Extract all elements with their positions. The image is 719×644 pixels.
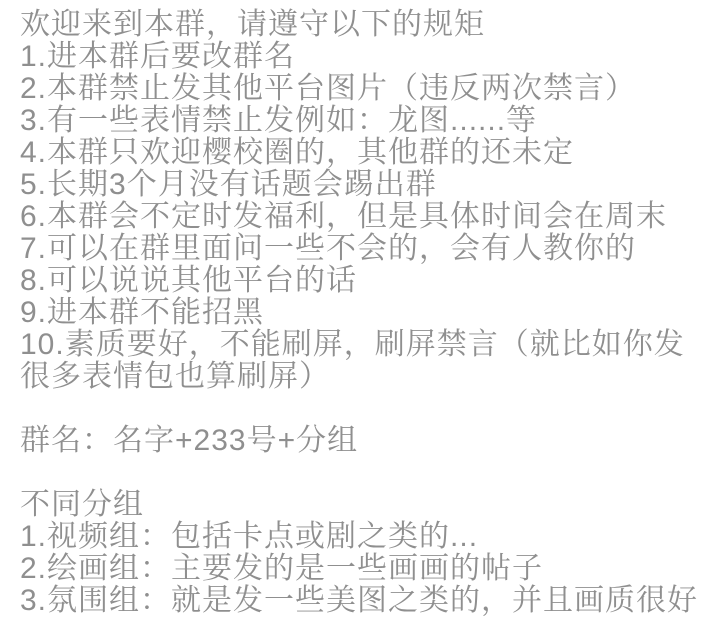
group-line-1: 1.视频组：包括卡点或剧之类的... (20, 521, 701, 553)
groups-heading: 不同分组 (20, 489, 701, 521)
rule-line-1: 1.进本群后要改群名 (20, 41, 701, 73)
group-line-3: 3.氛围组：就是发一些美图之类的，并且画质很好 (20, 585, 701, 617)
rule-line-10: 10.素质要好，不能刷屏，刷屏禁言（就比如你发很多表情包也算刷屏） (20, 329, 701, 393)
welcome-line: 欢迎来到本群，请遵守以下的规矩 (20, 9, 701, 41)
group-rules-notice: 欢迎来到本群，请遵守以下的规矩 1.进本群后要改群名 2.本群禁止发其他平台图片… (0, 0, 719, 617)
rule-line-6: 6.本群会不定时发福利，但是具体时间会在周末 (20, 201, 701, 233)
blank-line (20, 393, 701, 425)
rule-line-8: 8.可以说说其他平台的话 (20, 265, 701, 297)
blank-line (20, 457, 701, 489)
rule-line-9: 9.进本群不能招黑 (20, 297, 701, 329)
rule-line-3: 3.有一些表情禁止发例如：龙图......等 (20, 105, 701, 137)
group-name-line: 群名：名字+233号+分组 (20, 425, 701, 457)
rule-line-7: 7.可以在群里面问一些不会的，会有人教你的 (20, 233, 701, 265)
rule-line-4: 4.本群只欢迎樱校圈的，其他群的还未定 (20, 137, 701, 169)
rule-line-5: 5.长期3个月没有话题会踢出群 (20, 169, 701, 201)
rule-line-2: 2.本群禁止发其他平台图片（违反两次禁言） (20, 73, 701, 105)
group-line-2: 2.绘画组：主要发的是一些画画的帖子 (20, 553, 701, 585)
